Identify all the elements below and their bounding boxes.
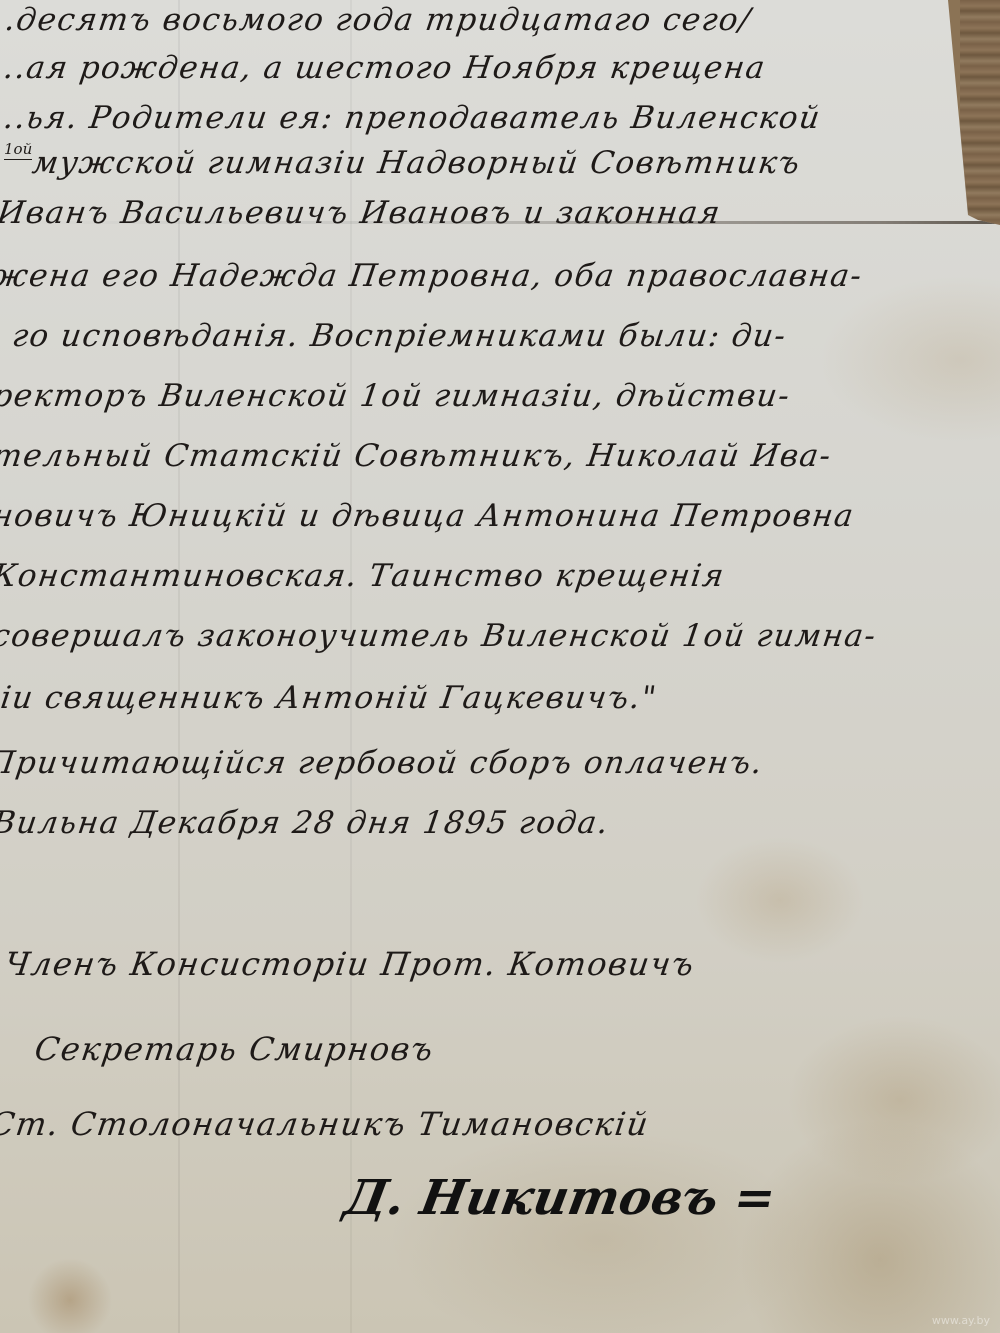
text-line-5: Иванъ Васильевичъ Ивановъ и законная	[0, 195, 723, 231]
watermark: www.ay.by	[932, 1314, 990, 1327]
text-line-6: жена его Надежда Петровна, оба православ…	[0, 258, 865, 294]
signature-secretary: Секретарь Смирновъ	[32, 1030, 436, 1068]
text-line-10: новичъ Юницкій и дѣвица Антонина Петровн…	[0, 498, 857, 534]
text-line-1: ...десятъ восьмого года тридцатаго сего/	[0, 2, 754, 38]
text-line-3: ...ья. Родители ея: преподаватель Виленс…	[0, 100, 823, 136]
text-line-12: совершалъ законоучитель Виленской 1ой ги…	[0, 618, 879, 654]
signature-final: Д. Никитовъ =	[340, 1170, 780, 1226]
margin-note: 1ой	[4, 140, 32, 160]
text-line-7: го исповѣданія. Воспріемниками были: ди-	[10, 318, 789, 354]
text-line-14: Причитающійся гербовой сборъ оплаченъ.	[0, 745, 766, 781]
text-line-11: Константиновская. Таинство крещенія	[0, 558, 727, 594]
text-line-2: ...ая рождена, а шестого Ноября крещена	[0, 50, 768, 86]
document-sheet: 1ой ...десятъ восьмого года тридцатаго с…	[0, 0, 1000, 1333]
date-line: Вильна Декабря 28 дня 1895 года.	[0, 805, 612, 841]
text-line-13: зіи священникъ Антоній Гацкевичъ."	[0, 680, 660, 716]
text-line-9: тельный Статскій Совѣтникъ, Николай Ива-	[0, 438, 834, 474]
text-line-4: мужской гимназіи Надворный Совѣтникъ	[30, 145, 803, 181]
text-line-8: ректоръ Виленской 1ой гимназіи, дѣйстви-	[0, 378, 793, 414]
signature-consistory-member: Членъ Консисторіи Прот. Котовичъ	[2, 945, 697, 983]
signature-desk-chief: Ст. Столоначальникъ Тимановскій	[0, 1105, 652, 1143]
